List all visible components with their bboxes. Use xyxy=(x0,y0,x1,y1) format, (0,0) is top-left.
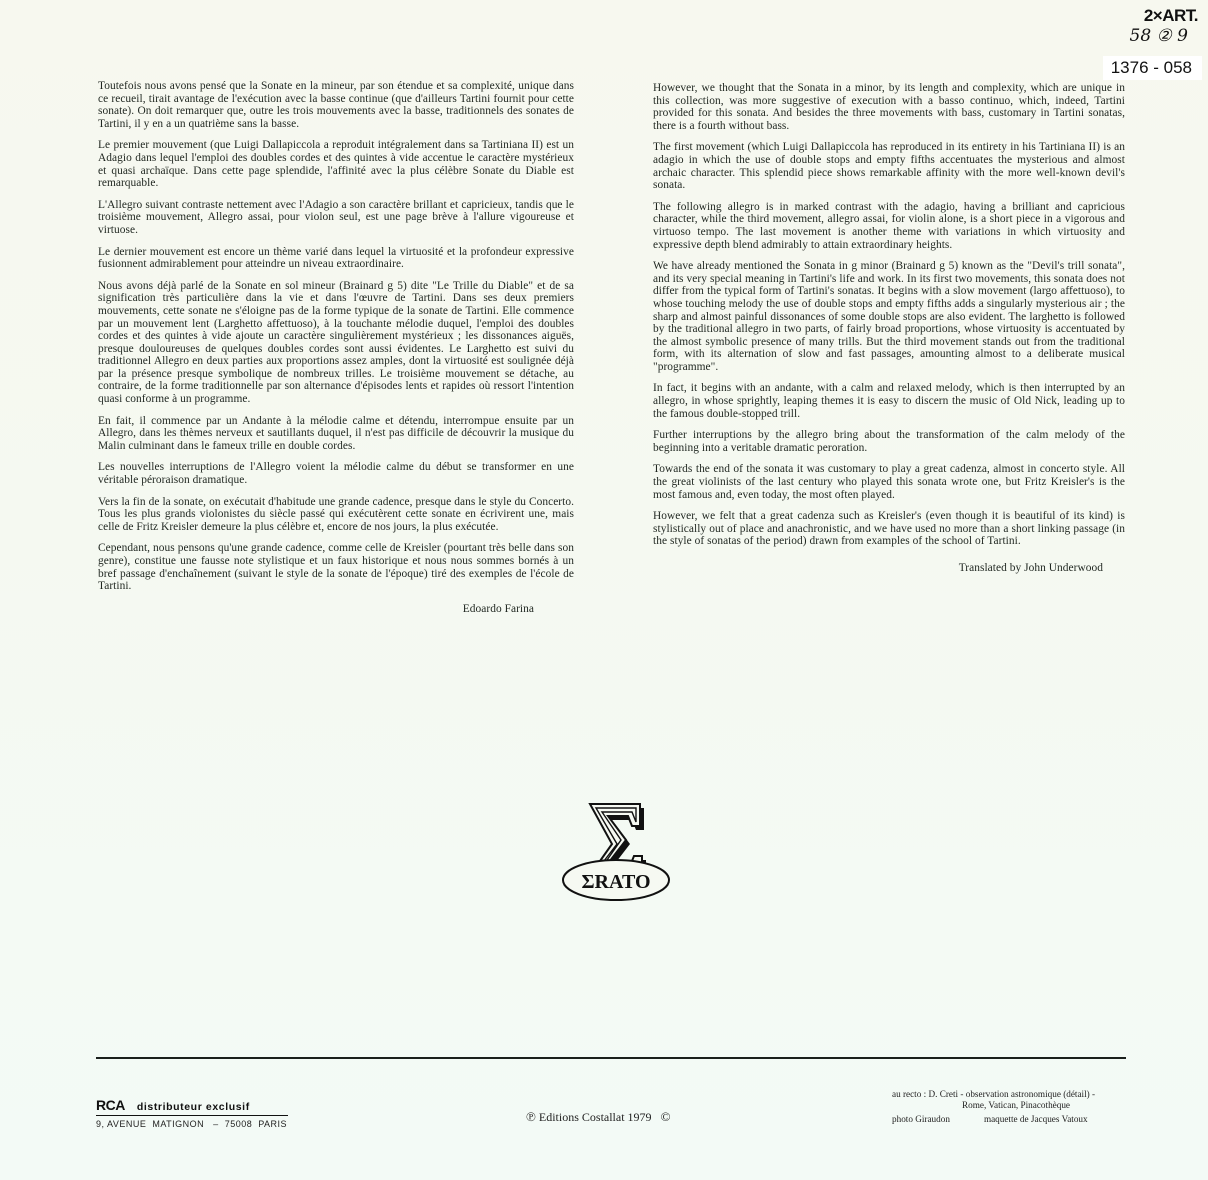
paragraph: Nous avons déjà parlé de la Sonate en so… xyxy=(98,280,574,406)
erato-wordmark: ΣRATO xyxy=(581,871,650,893)
cover-art-credit: au recto : D. Creti - observation astron… xyxy=(892,1089,1095,1100)
paragraph: The first movement (which Luigi Dallapic… xyxy=(653,141,1125,191)
cover-art-location: Rome, Vatican, Pinacothèque xyxy=(892,1100,1095,1111)
phonogram-icon: ℗ xyxy=(526,1109,536,1125)
author-signature: Edoardo Farina xyxy=(98,603,574,616)
cover-credits: au recto : D. Creti - observation astron… xyxy=(892,1089,1095,1125)
copyright-notice: ℗ Editions Costallat 1979 © xyxy=(526,1109,670,1125)
paragraph: En fait, il commence par un Andante à la… xyxy=(98,415,574,453)
photo-credit: photo Giraudon xyxy=(892,1114,950,1125)
copyright-icon: © xyxy=(661,1109,671,1125)
paragraph: Le dernier mouvement est encore un thème… xyxy=(98,246,574,271)
paragraph: However, we thought that the Sonata in a… xyxy=(653,82,1125,132)
erato-logo: ΣRATO xyxy=(560,796,672,904)
paragraph: The following allegro is in marked contr… xyxy=(653,201,1125,251)
paragraph: We have already mentioned the Sonata in … xyxy=(653,260,1125,373)
paragraph: However, we felt that a great cadenza su… xyxy=(653,510,1125,548)
rca-logo: RCA xyxy=(96,1097,125,1113)
translator-signature: Translated by John Underwood xyxy=(653,562,1125,575)
french-liner-notes: Toutefois nous avons pensé que la Sonate… xyxy=(98,80,574,615)
sigma-icon: ΣRATO xyxy=(560,796,672,904)
paragraph: Le premier mouvement (que Luigi Dallapic… xyxy=(98,139,574,189)
paragraph: Les nouvelles interruptions de l'Allegro… xyxy=(98,461,574,486)
paragraph: Toutefois nous avons pensé que la Sonate… xyxy=(98,80,574,130)
paragraph: Towards the end of the sonata it was cus… xyxy=(653,463,1125,501)
catalog-reference: 1376 - 058 xyxy=(1103,56,1202,80)
distributor-block: RCA distributeur exclusif 9, AVENUE MATI… xyxy=(96,1097,288,1129)
english-liner-notes: However, we thought that the Sonata in a… xyxy=(653,82,1125,575)
design-credit: maquette de Jacques Vatoux xyxy=(984,1114,1088,1125)
handwritten-note: 58 ② 9 xyxy=(1130,26,1189,46)
distributor-address: 9, AVENUE MATIGNON – 75008 PARIS xyxy=(96,1119,288,1129)
paragraph: Cependant, nous pensons qu'une grande ca… xyxy=(98,542,574,592)
paragraph: In fact, it begins with an andante, with… xyxy=(653,382,1125,420)
stamp-label: 2×ART. xyxy=(1144,6,1198,26)
copyright-text: Editions Costallat 1979 xyxy=(539,1110,652,1124)
paragraph: Further interruptions by the allegro bri… xyxy=(653,429,1125,454)
distributor-label: distributeur exclusif xyxy=(137,1101,250,1113)
footer-divider xyxy=(96,1057,1126,1059)
paragraph: Vers la fin de la sonate, on exécutait d… xyxy=(98,496,574,534)
paragraph: L'Allegro suivant contraste nettement av… xyxy=(98,199,574,237)
